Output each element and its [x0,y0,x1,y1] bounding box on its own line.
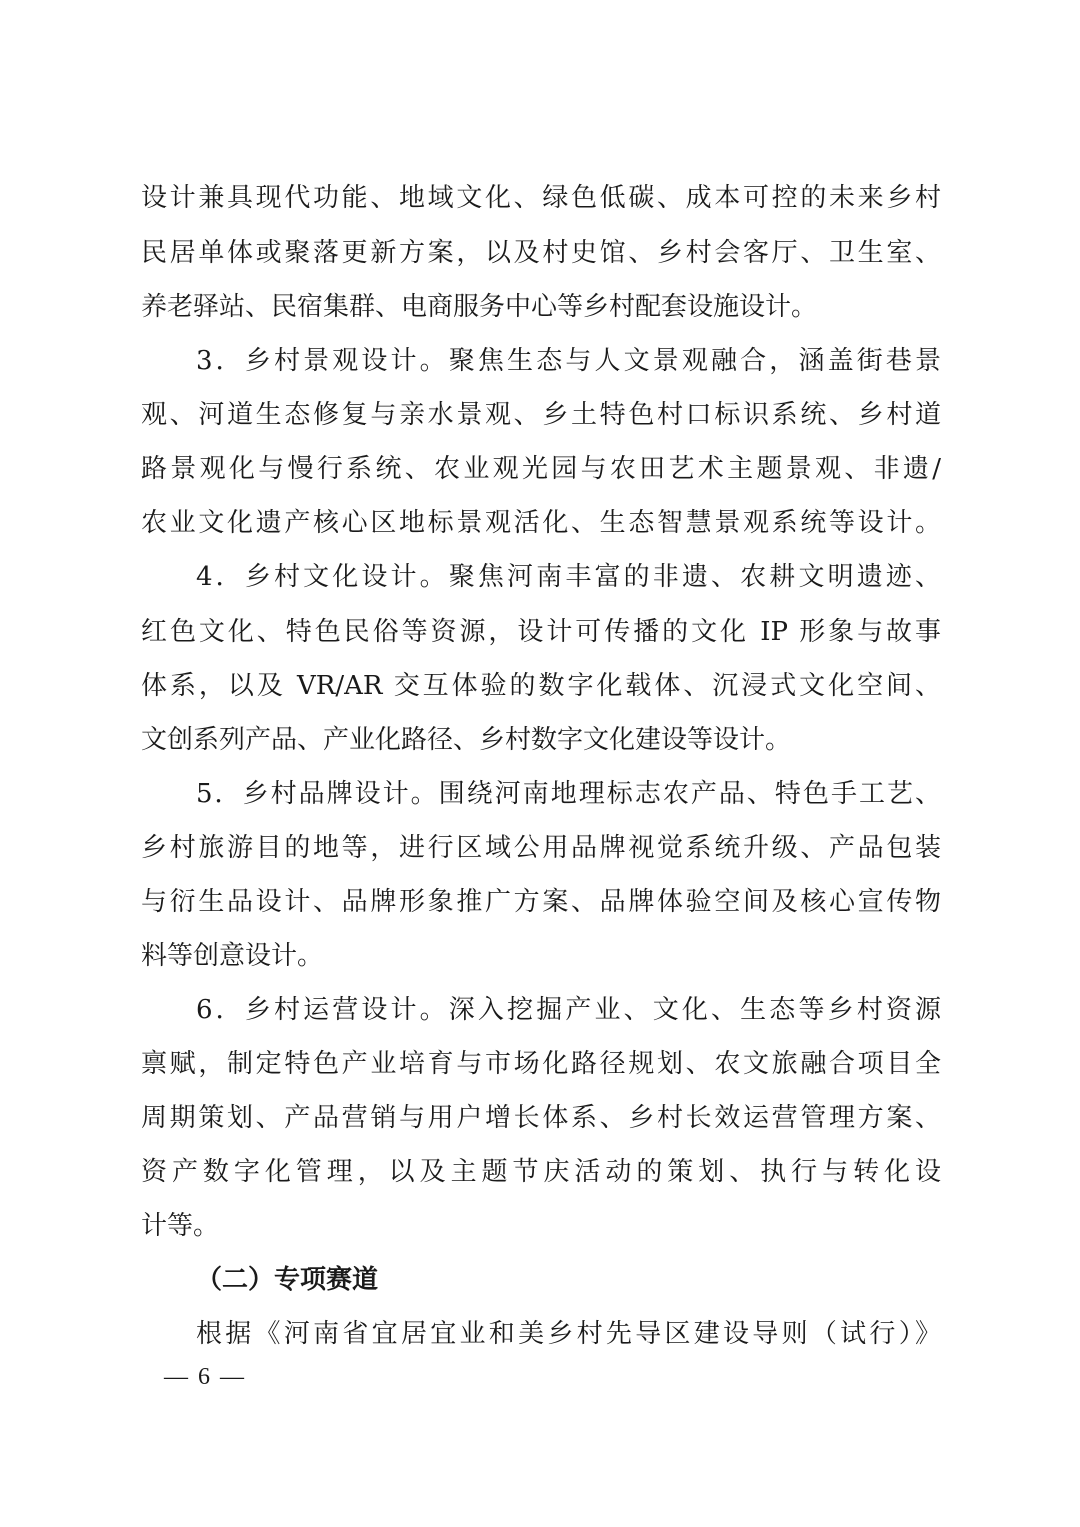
paragraph-line: 资产数字化管理，以及主题节庆活动的策划、执行与转化设 [141,1157,941,1187]
paragraph-line: 设计兼具现代功能、地域文化、绿色低碳、成本可控的未来乡村 [141,183,941,213]
paragraph-line: 计等。 [141,1211,941,1241]
paragraph-line: 3．乡村景观设计。聚焦生态与人文景观融合，涵盖街巷景 [196,346,941,376]
paragraph-line: 观、河道生态修复与亲水景观、乡土特色村口标识系统、乡村道 [141,400,941,430]
paragraph-line: 周期策划、产品营销与用户增长体系、乡村长效运营管理方案、 [141,1103,941,1133]
paragraph-line: 料等创意设计。 [141,941,941,971]
section-heading: （二）专项赛道 [196,1265,941,1295]
paragraph-line: 文创系列产品、产业化路径、乡村数字文化建设等设计。 [141,725,941,755]
paragraph-line: 5．乡村品牌设计。围绕河南地理标志农产品、特色手工艺、 [196,779,941,809]
paragraph-line: 6．乡村运营设计。深入挖掘产业、文化、生态等乡村资源 [196,995,941,1025]
paragraph-line: 乡村旅游目的地等，进行区域公用品牌视觉系统升级、产品包装 [141,833,941,863]
paragraph-line: 路景观化与慢行系统、农业观光园与农田艺术主题景观、非遗/ [141,454,941,484]
page-number: — 6 — [164,1362,246,1392]
paragraph-line: 与衍生品设计、品牌形象推广方案、品牌体验空间及核心宣传物 [141,887,941,917]
paragraph-line: 4．乡村文化设计。聚焦河南丰富的非遗、农耕文明遗迹、 [196,562,941,592]
document-page: 设计兼具现代功能、地域文化、绿色低碳、成本可控的未来乡村民居单体或聚落更新方案，… [0,0,1080,1527]
paragraph-line: 禀赋，制定特色产业培育与市场化路径规划、农文旅融合项目全 [141,1049,941,1079]
paragraph-line: 根据《河南省宜居宜业和美乡村先导区建设导则（试行）》 [196,1319,941,1349]
paragraph-line: 红色文化、特色民俗等资源，设计可传播的文化 IP 形象与故事 [141,617,941,647]
paragraph-line: 民居单体或聚落更新方案，以及村史馆、乡村会客厅、卫生室、 [141,238,941,268]
paragraph-line: 体系，以及 VR/AR 交互体验的数字化载体、沉浸式文化空间、 [141,671,941,701]
paragraph-line: 农业文化遗产核心区地标景观活化、生态智慧景观系统等设计。 [141,508,941,538]
paragraph-line: 养老驿站、民宿集群、电商服务中心等乡村配套设施设计。 [141,292,941,322]
